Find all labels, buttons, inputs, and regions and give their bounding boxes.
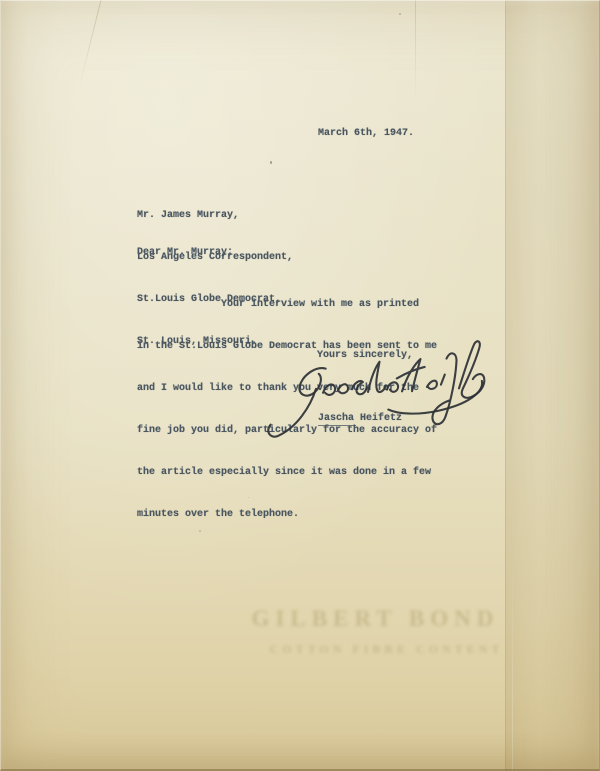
watermark-line-1: GILBERT BOND [233, 606, 518, 632]
paper-watermark: GILBERT BOND COTTON FIBRE CONTENT [233, 606, 518, 657]
salutation: Dear Mr. Murray: [137, 246, 233, 260]
body-line: minutes over the telephone. [137, 508, 437, 522]
typed-name-underline [318, 425, 356, 426]
paper-fold-band [505, 0, 600, 771]
paper-crease [79, 0, 103, 87]
body-line: the article especially since it was done… [137, 466, 437, 480]
date-line: March 6th, 1947. [318, 127, 414, 141]
handwritten-signature [239, 328, 491, 450]
body-line: Your interview with me as printed [137, 298, 437, 312]
typed-name: Jascha Heifetz [318, 412, 402, 426]
address-line: Mr. James Murray, [137, 209, 293, 223]
letter-page: GILBERT BOND COTTON FIBRE CONTENT March … [0, 0, 600, 771]
watermark-line-2: COTTON FIBRE CONTENT [255, 642, 518, 657]
ink-speck [270, 161, 272, 164]
ink-speck [399, 13, 401, 15]
paper-crease [415, 0, 416, 100]
